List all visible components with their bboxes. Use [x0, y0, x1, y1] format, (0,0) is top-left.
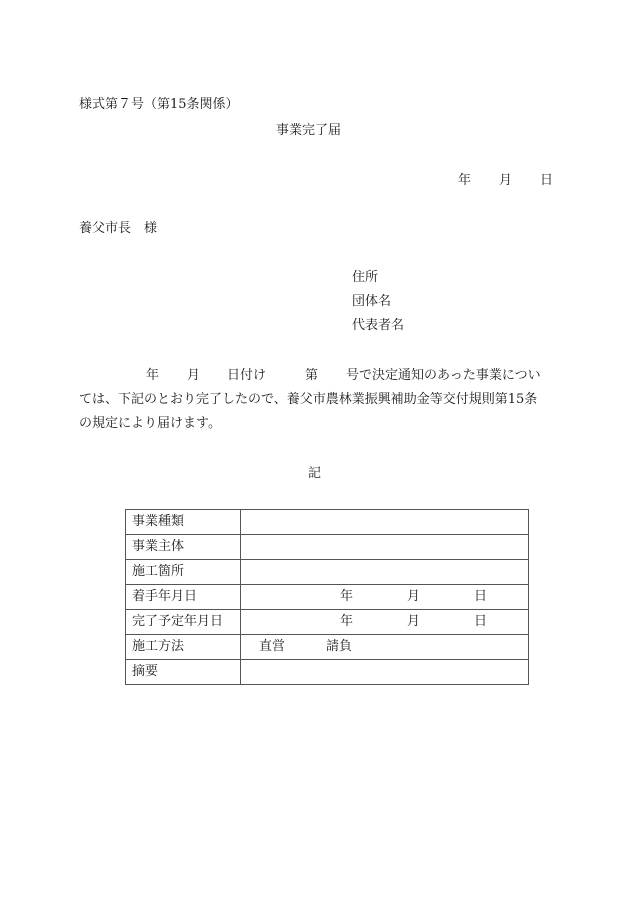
row-value[interactable]	[241, 510, 529, 535]
table-row: 摘要	[126, 660, 529, 685]
form-number: 様式第７号（第15条関係）	[79, 97, 239, 113]
row-value[interactable]	[241, 560, 529, 585]
representative-label: 代表者名	[352, 318, 404, 334]
method-direct[interactable]: 直営	[259, 639, 285, 655]
row-value[interactable]	[241, 660, 529, 685]
record-heading: 記	[308, 466, 321, 482]
completion-year: 年	[340, 614, 353, 630]
table-row: 事業種類	[126, 510, 529, 535]
row-label: 施工箇所	[126, 560, 241, 585]
body-number-prefix: 第	[305, 368, 318, 384]
table-row: 施工方法 直営 請負	[126, 635, 529, 660]
body-dated: 日付け	[227, 368, 266, 384]
body-line2: ては、下記のとおり完了したので、養父市農林業振興補助金等交付規則第15条	[79, 392, 551, 408]
body-line3: の規定により届けます。	[79, 416, 551, 432]
body-line1-rest: 号で決定通知のあった事業につい	[346, 368, 541, 384]
method-value[interactable]: 直営 請負	[241, 635, 529, 660]
date-day-label: 日	[540, 173, 553, 189]
row-label: 事業主体	[126, 535, 241, 560]
completion-date-value[interactable]: 年 月 日	[241, 610, 529, 635]
organization-label: 団体名	[352, 294, 391, 310]
table-row: 施工箇所	[126, 560, 529, 585]
start-month: 月	[407, 589, 420, 605]
date-month-label: 月	[499, 173, 512, 189]
row-label: 摘要	[126, 660, 241, 685]
table-row: 事業主体	[126, 535, 529, 560]
row-label: 事業種類	[126, 510, 241, 535]
table-row: 着手年月日 年 月 日	[126, 585, 529, 610]
start-date-value[interactable]: 年 月 日	[241, 585, 529, 610]
body-month: 月	[187, 368, 200, 384]
addressee: 養父市長 様	[79, 221, 157, 237]
row-label: 完了予定年月日	[126, 610, 241, 635]
table-row: 完了予定年月日 年 月 日	[126, 610, 529, 635]
method-contract[interactable]: 請負	[326, 639, 352, 655]
completion-month: 月	[407, 614, 420, 630]
start-year: 年	[340, 589, 353, 605]
document-title: 事業完了届	[276, 123, 341, 139]
row-label: 着手年月日	[126, 585, 241, 610]
row-label: 施工方法	[126, 635, 241, 660]
completion-day: 日	[474, 614, 487, 630]
start-day: 日	[474, 589, 487, 605]
body-year: 年	[146, 368, 159, 384]
address-label: 住所	[352, 270, 378, 286]
details-table: 事業種類 事業主体 施工箇所 着手年月日 年 月 日 完了予定年月日 年 月 日…	[125, 509, 529, 685]
date-year-label: 年	[458, 173, 471, 189]
row-value[interactable]	[241, 535, 529, 560]
